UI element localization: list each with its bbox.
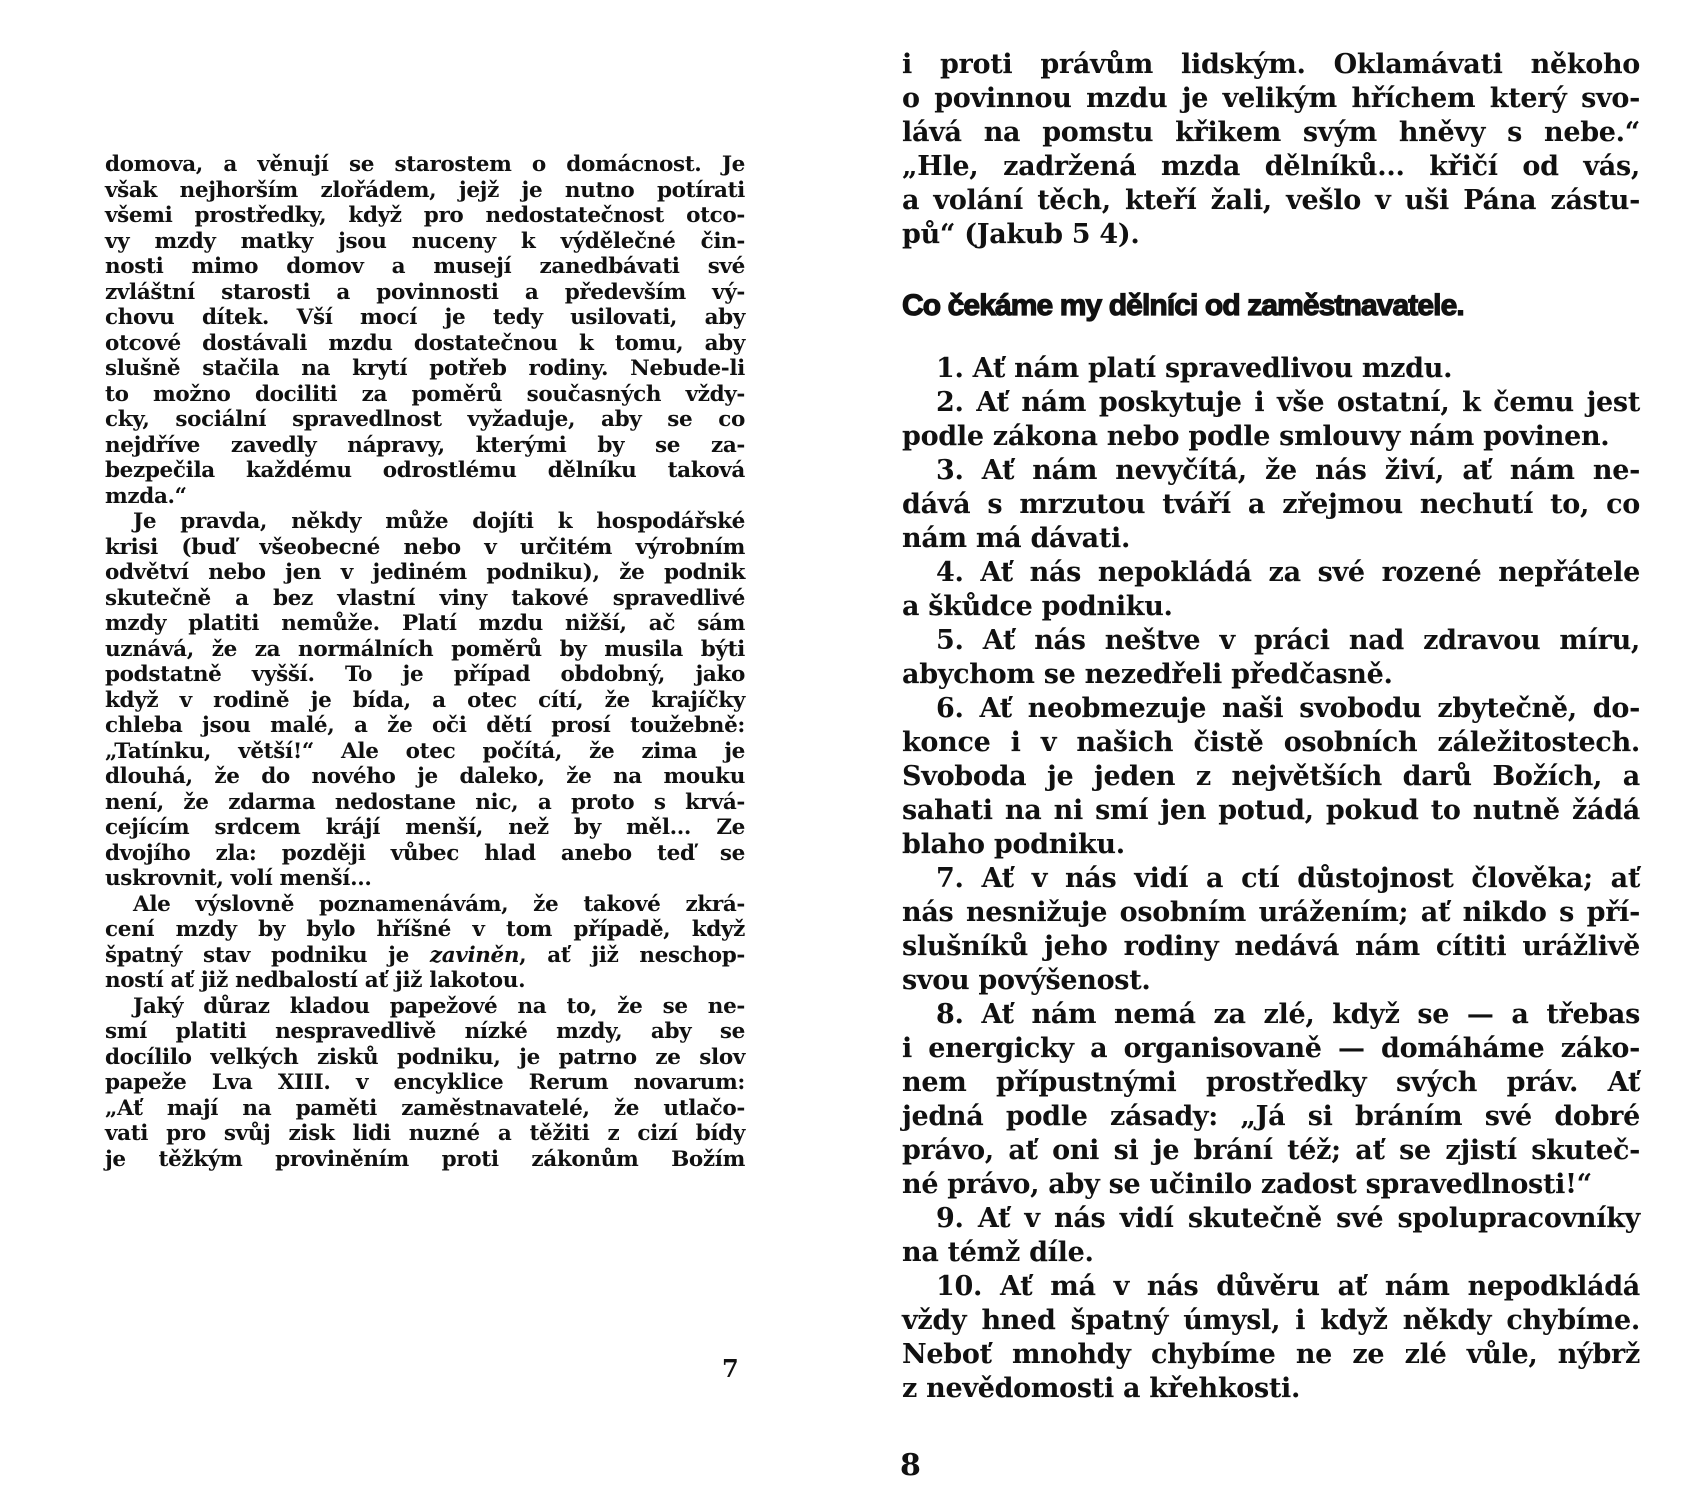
text-line: lává na pomstu křikem svým hněvy s nebe.… (902, 116, 1640, 150)
emphasized-word: zaviněn (430, 943, 519, 968)
text-line: krisi (buď všeobecné nebo v určitém výro… (105, 535, 745, 561)
paragraph-start: Je pravda, někdy může dojíti k hospodářs… (105, 509, 745, 535)
list-item-7: 7. Ať v nás vidí a ctí důstojnost člověk… (902, 862, 1640, 896)
text-line: nás nesnižuje osobním urážením; ať nikdo… (902, 896, 1640, 930)
text-line: dlouhá, že do nového je daleko, že na mo… (105, 764, 745, 790)
text-line: podle zákona nebo podle smlouvy nám povi… (902, 420, 1640, 454)
text-line: mzdy platiti nemůže. Platí mzdu nižší, a… (105, 611, 745, 637)
text-line: svou povýšenost. (902, 964, 1640, 998)
text-line: slušně stačila na krytí potřeb rodiny. N… (105, 356, 745, 382)
text-line: domova, a věnují se starostem o domácnos… (105, 152, 745, 178)
text-line: slušníků jeho rodiny nedává nám cítiti u… (902, 930, 1640, 964)
text-line: dvojího zla: později vůbec hlad anebo te… (105, 841, 745, 867)
text-line: o povinnou mzdu je velikým hříchem který… (902, 82, 1640, 116)
paragraph-start: Ale výslovně poznamenávám, že takové zkr… (105, 892, 745, 918)
list-item-1: 1. Ať nám platí spravedlivou mzdu. (902, 352, 1640, 386)
text-line: „Tatínku, větší!“ Ale otec počítá, že zi… (105, 739, 745, 765)
text-line: „Hle, zadržená mzda dělníků... křičí od … (902, 150, 1640, 184)
list-item-8: 8. Ať nám nemá za zlé, když se — a třeba… (902, 998, 1640, 1032)
list-item-5: 5. Ať nás neštve v práci nad zdravou mír… (902, 624, 1640, 658)
text-line: a škůdce podniku. (902, 590, 1640, 624)
list-item-2: 2. Ať nám poskytuje i vše ostatní, k čem… (902, 386, 1640, 420)
text-line: a volání těch, kteří žali, vešlo v uši P… (902, 184, 1640, 218)
text-line: docílilo velkých zisků podniku, je patrn… (105, 1045, 745, 1071)
page-number: 7 (722, 1354, 739, 1383)
text-line: vy mzdy matky jsou nuceny k výdělečné či… (105, 229, 745, 255)
text-line: když v rodině je bída, a otec cítí, že k… (105, 688, 745, 714)
text-line: mzda.“ (105, 484, 745, 510)
text-line: zvláštní starosti a povinnosti a předevš… (105, 280, 745, 306)
text-line: Neboť mnohdy chybíme ne ze zlé vůle, nýb… (902, 1338, 1640, 1372)
text-line: smí platiti nespravedlivě nízké mzdy, ab… (105, 1019, 745, 1045)
list-item-10: 10. Ať má v nás důvěru ať nám nepodkládá (902, 1270, 1640, 1304)
text-line: nem přípustnými prostředky svých práv. A… (902, 1066, 1640, 1100)
text-line: cení mzdy by bylo hříšné v tom případě, … (105, 917, 745, 943)
text-line: jedná podle zásady: „Já si bráním své do… (902, 1100, 1640, 1134)
text-line: to možno dociliti za poměrů současných v… (105, 382, 745, 408)
text-line: i proti právům lidským. Oklamávati někoh… (902, 48, 1640, 82)
text-line: konce i v našich čistě osobních záležito… (902, 726, 1640, 760)
text-line: dává s mrzutou tváří a zřejmou nechutí t… (902, 488, 1640, 522)
text-line: nám má dávati. (902, 522, 1640, 556)
text-line: nosti mimo domov a musejí zanedbávati sv… (105, 254, 745, 280)
text-line: uznává, že za normálních poměrů by musil… (105, 637, 745, 663)
text-line: z nevědomosti a křehkosti. (902, 1372, 1640, 1406)
text-line: vždy hned špatný úmysl, i když někdy chy… (902, 1304, 1640, 1338)
page-number: 8 (900, 1448, 921, 1483)
list-item-6: 6. Ať neobmezuje naši svobodu zbytečně, … (902, 692, 1640, 726)
text-line: bezpečila každému odrostlému dělníku tak… (105, 458, 745, 484)
text-line: chleba jsou malé, a že oči dětí prosí to… (105, 713, 745, 739)
text-line: odvětví nebo jen v jediném podniku), že … (105, 560, 745, 586)
text-line: papeže Lva XIII. v encyklice Rerum novar… (105, 1070, 745, 1096)
text-line: „Ať mají na paměti zaměstnavatelé, že ut… (105, 1096, 745, 1122)
text-line: vati pro svůj zisk lidi nuzné a těžiti z… (105, 1121, 745, 1147)
text-line: blaho podniku. (902, 828, 1640, 862)
list-item-9: 9. Ať v nás vidí skutečně své spolupraco… (902, 1202, 1640, 1236)
text-fragment: , ať již neschop- (519, 943, 745, 968)
text-line: všemi prostředky, když pro nedostatečnos… (105, 203, 745, 229)
paragraph-start: Jaký důraz kladou papežové na to, že se … (105, 994, 745, 1020)
text-line: je těžkým proviněním proti zákonům Božím (105, 1147, 745, 1173)
text-line: Svoboda je jeden z největších darů Božíc… (902, 760, 1640, 794)
list-item-4: 4. Ať nás nepokládá za své rozené nepřát… (902, 556, 1640, 590)
text-line: cejícím srdcem krájí menší, než by měl..… (105, 815, 745, 841)
text-line: uskrovnit, volí menší... (105, 866, 745, 892)
text-line: podstatně vyšší. To je případ obdobný, j… (105, 662, 745, 688)
text-line: na témž díle. (902, 1236, 1640, 1270)
text-fragment: špatný stav podniku je (105, 943, 430, 968)
text-line: chovu dítek. Vší mocí je tedy usilovati,… (105, 305, 745, 331)
section-heading: Co čekáme my dělníci od zaměstnavatele. (902, 286, 1640, 326)
list-item-3: 3. Ať nám nevyčítá, že nás živí, ať nám … (902, 454, 1640, 488)
text-line: ností ať již nedbalostí ať již lakotou. (105, 968, 745, 994)
text-line: abychom se nezedřeli předčasně. (902, 658, 1640, 692)
text-line: nejdříve zavedly nápravy, kterými by se … (105, 433, 745, 459)
text-line: pů“ (Jakub 5 4). (902, 218, 1640, 252)
text-line: právo, ať oni si je brání též; ať se zji… (902, 1134, 1640, 1168)
text-line: skutečně a bez vlastní viny takové sprav… (105, 586, 745, 612)
left-page: domova, a věnují se starostem o domácnos… (105, 152, 745, 1172)
text-line: i energicky a organisovaně — domáháme zá… (902, 1032, 1640, 1066)
right-page: i proti právům lidským. Oklamávati někoh… (902, 48, 1640, 1406)
text-line: cky, sociální spravedlnost vyžaduje, aby… (105, 407, 745, 433)
text-line: sahati na ni smí jen potud, pokud to nut… (902, 794, 1640, 828)
text-line-with-emphasis: špatný stav podniku je zaviněn, ať již n… (105, 943, 745, 969)
text-line: otcové dostávali mzdu dostatečnou k tomu… (105, 331, 745, 357)
text-line: né právo, aby se učinilo zadost spravedl… (902, 1168, 1640, 1202)
text-line: není, že zdarma nedostane nic, a proto s… (105, 790, 745, 816)
text-line: však nejhorším zlořádem, jejž je nutno p… (105, 178, 745, 204)
